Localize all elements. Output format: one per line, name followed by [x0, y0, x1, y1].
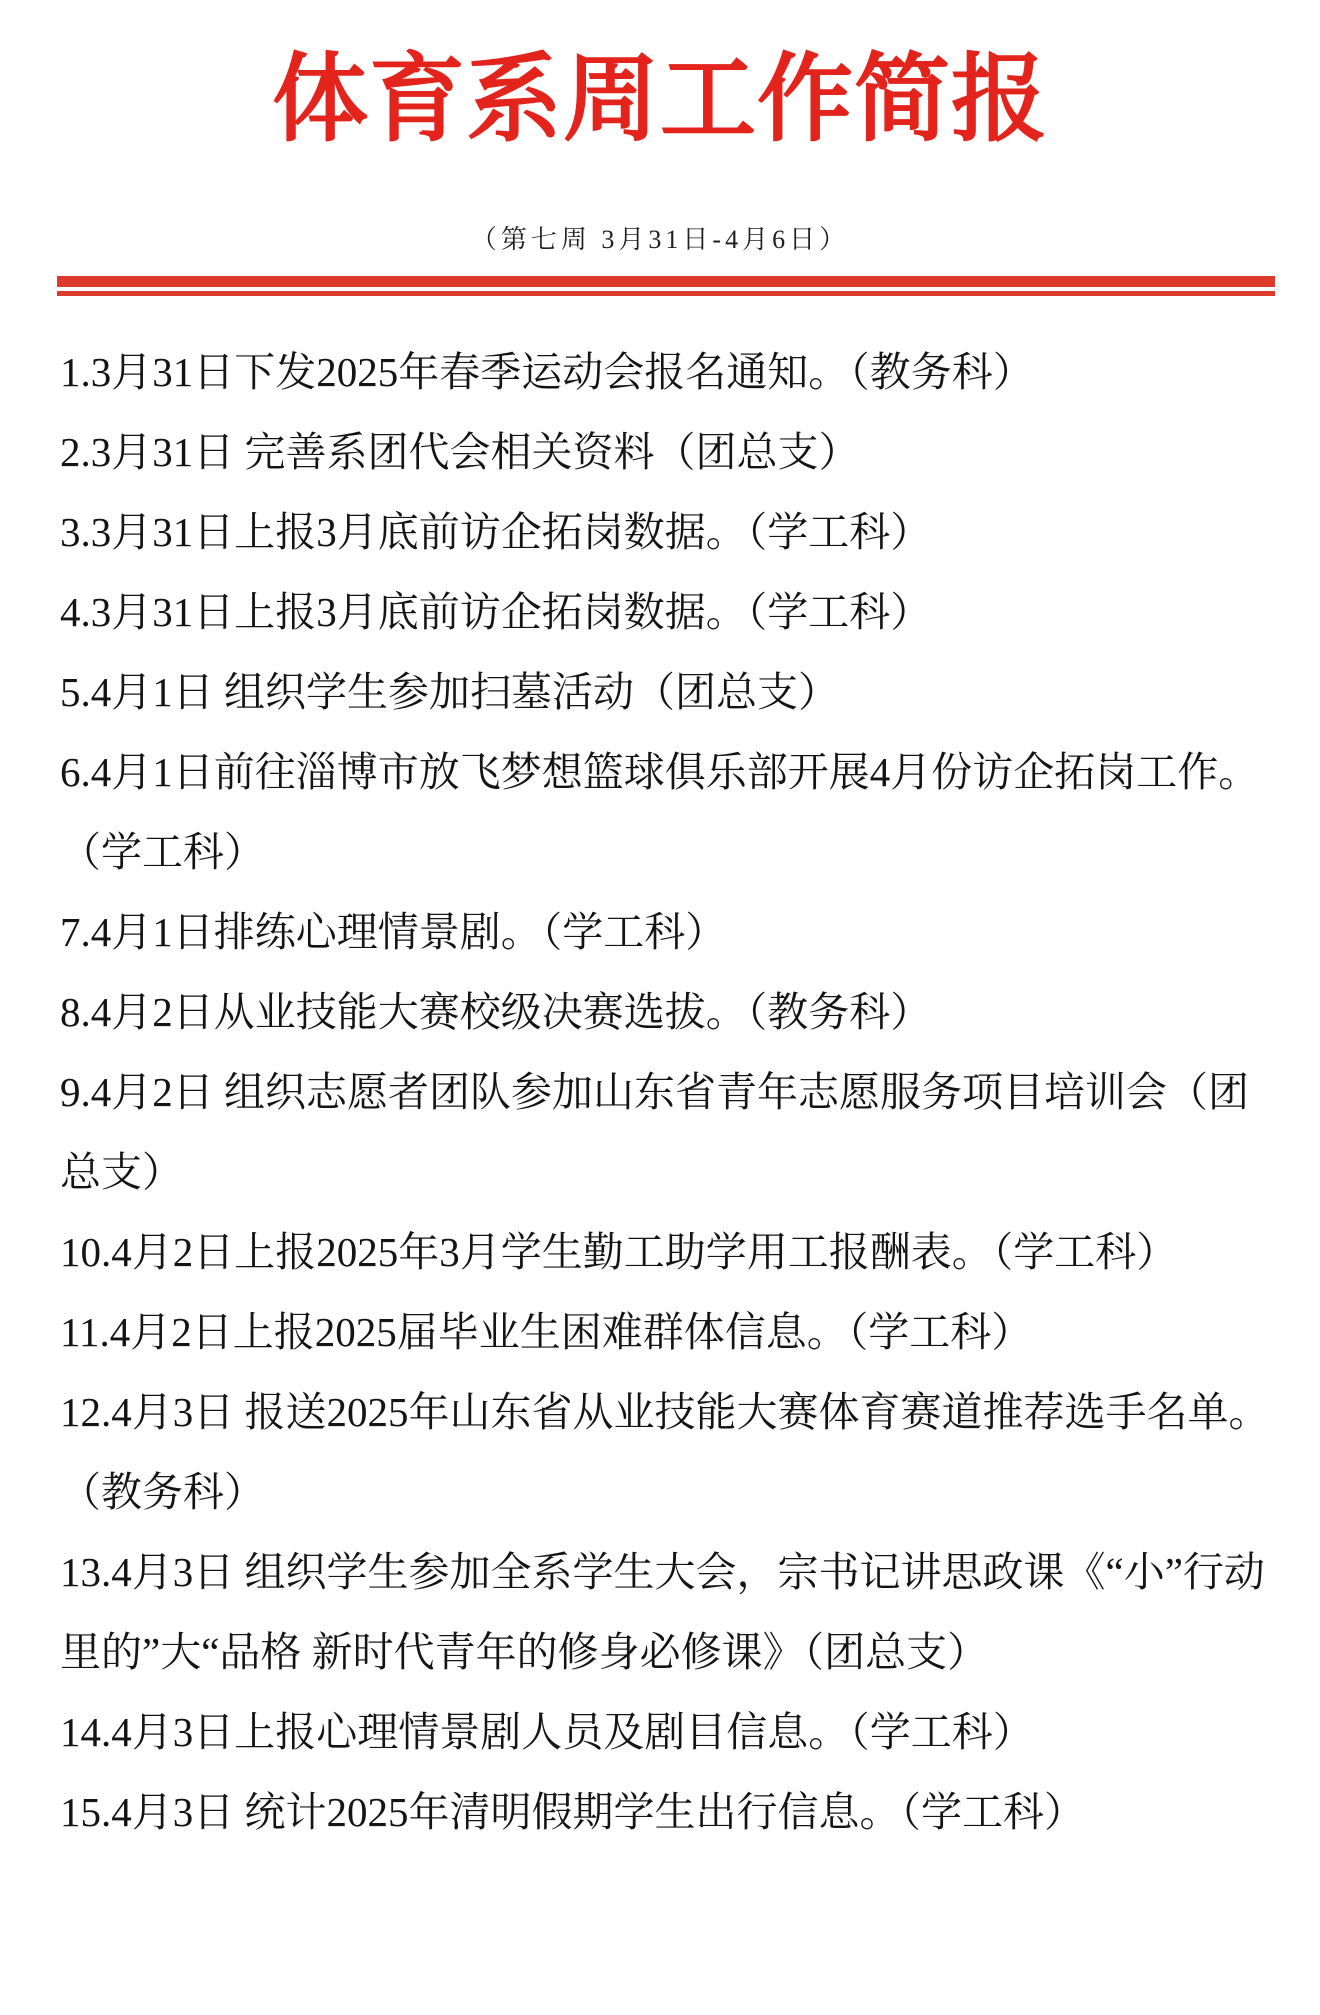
bulletin-item: 4.3月31日上报3月底前访企拓岗数据。（学工科） [60, 572, 1276, 652]
bulletin-item: 13.4月3日 组织学生参加全系学生大会，宗书记讲思政课《“小”行动里的”大“品… [60, 1532, 1276, 1692]
bulletin-item: 2.3月31日 完善系团代会相关资料（团总支） [60, 412, 1276, 492]
bulletin-item: 14.4月3日上报心理情景剧人员及剧目信息。（学工科） [60, 1692, 1276, 1772]
bulletin-item: 7.4月1日排练心理情景剧。（学工科） [60, 892, 1276, 972]
bulletin-page: 体育系周工作简报 （第七周 3月31日-4月6日） 1.3月31日下发2025年… [0, 0, 1320, 2015]
bulletin-document: { "header": { "title": "体育系周工作简报", "subt… [0, 0, 1320, 2015]
divider-thin-line [57, 291, 1275, 296]
bulletin-item: 10.4月2日上报2025年3月学生勤工助学用工报酬表。（学工科） [60, 1212, 1276, 1292]
bulletin-item: 6.4月1日前往淄博市放飞梦想篮球俱乐部开展4月份访企拓岗工作。（学工科） [60, 732, 1276, 892]
page-title: 体育系周工作简报 [0, 45, 1320, 155]
bulletin-item: 5.4月1日 组织学生参加扫墓活动（团总支） [60, 652, 1276, 732]
bulletin-item: 12.4月3日 报送2025年山东省从业技能大赛体育赛道推荐选手名单。（教务科） [60, 1372, 1276, 1532]
bulletin-item: 9.4月2日 组织志愿者团队参加山东省青年志愿服务项目培训会（团总支） [60, 1052, 1276, 1212]
divider-thick-line [57, 276, 1275, 287]
page-subtitle: （第七周 3月31日-4月6日） [0, 225, 1320, 255]
bulletin-item: 3.3月31日上报3月底前访企拓岗数据。（学工科） [60, 492, 1276, 572]
bulletin-item: 15.4月3日 统计2025年清明假期学生出行信息。（学工科） [60, 1772, 1276, 1852]
bulletin-item: 8.4月2日从业技能大赛校级决赛选拔。（教务科） [60, 972, 1276, 1052]
bulletin-list: 1.3月31日下发2025年春季运动会报名通知。（教务科） 2.3月31日 完善… [60, 332, 1276, 1852]
double-rule-divider [57, 276, 1275, 296]
bulletin-item: 1.3月31日下发2025年春季运动会报名通知。（教务科） [60, 332, 1276, 412]
bulletin-item: 11.4月2日上报2025届毕业生困难群体信息。（学工科） [60, 1292, 1276, 1372]
